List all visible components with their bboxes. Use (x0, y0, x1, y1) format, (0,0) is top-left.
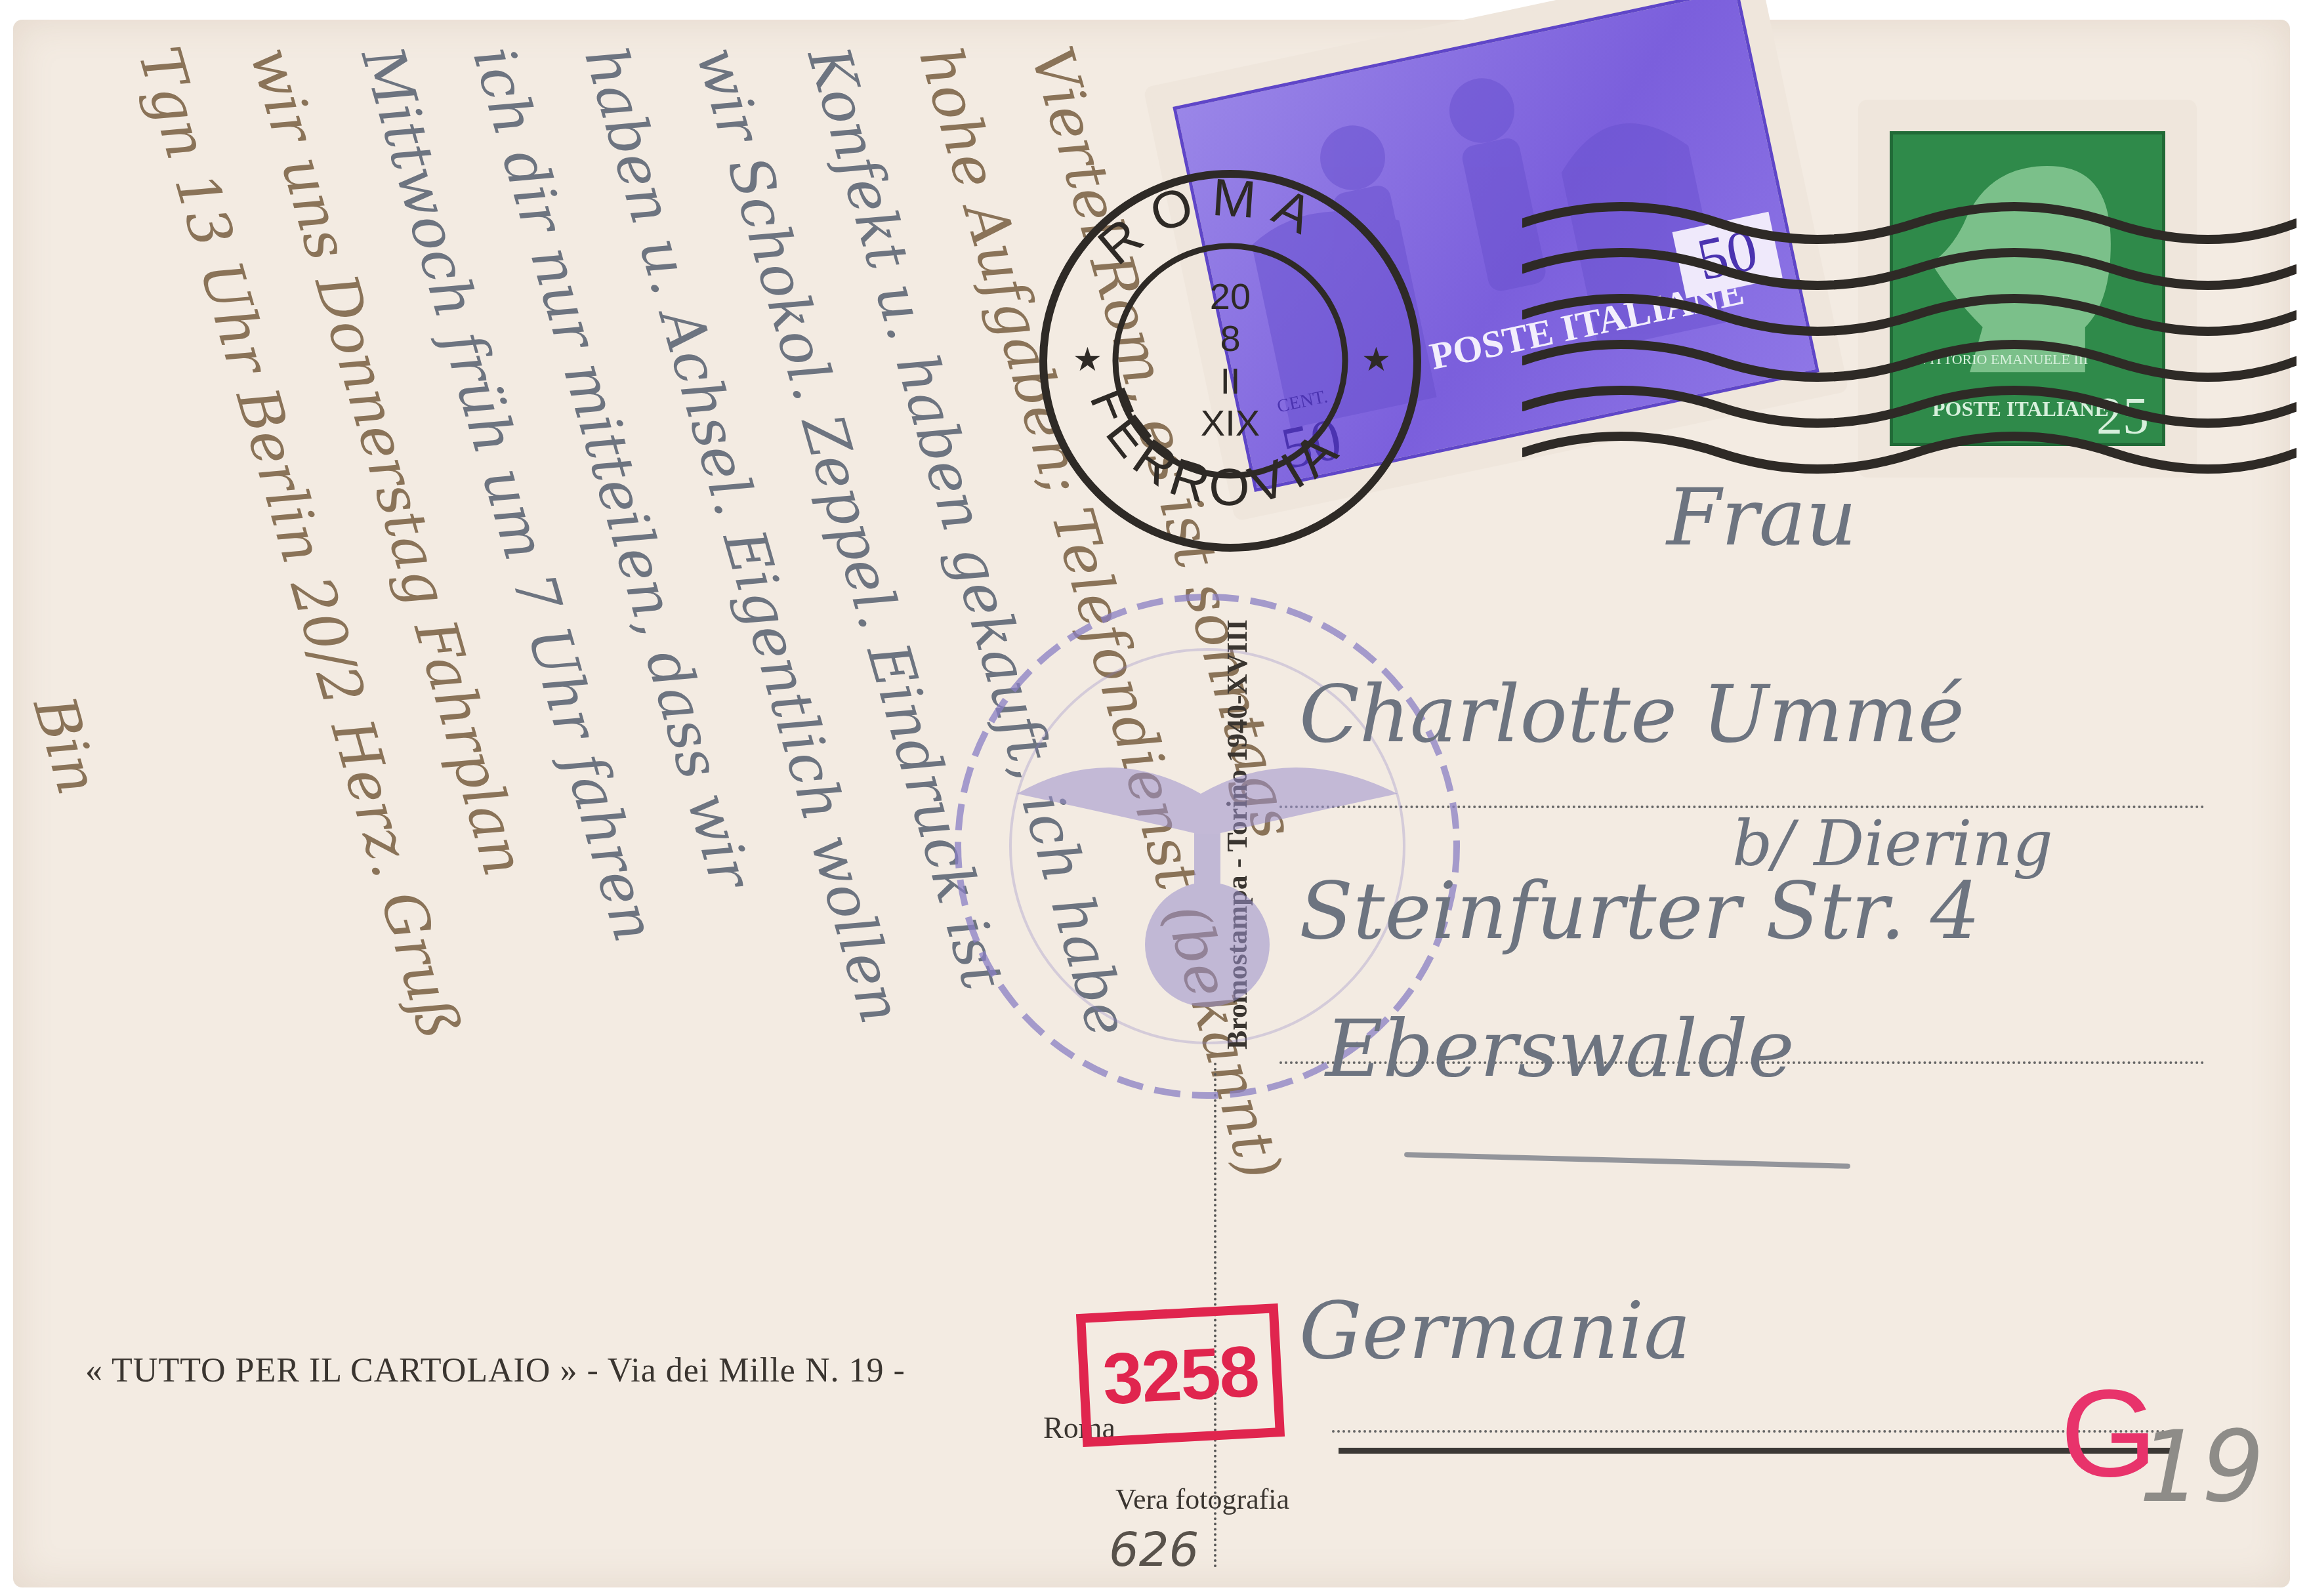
pencil-note: 19 (2139, 1410, 2264, 1524)
svg-text:ROMA: ROMA (1087, 168, 1335, 276)
star-icon: ★ (1361, 340, 1391, 379)
postmark-year: XIX (1191, 402, 1270, 444)
postmark-day: 20 (1191, 276, 1270, 317)
star-icon: ★ (1073, 340, 1102, 379)
address-street: Steinfurter Str. 4 (1299, 866, 1980, 957)
postmark-month: II (1191, 360, 1270, 402)
address-baseline (1339, 1448, 2172, 1454)
inventory-note: 626 (1109, 1522, 1199, 1577)
censor-number-box: 3258 (1076, 1303, 1285, 1447)
postmark-roma-ferrovia: ROMA FERROVIA ★ ★ 20 8 II XIX (1033, 164, 1427, 558)
postmark-hour: 8 (1191, 317, 1270, 359)
wavy-cancellation (1522, 164, 2297, 492)
address-salutation: Frau (1667, 472, 1856, 563)
address-line (1332, 1430, 2165, 1433)
postmark-date: 20 8 II XIX (1191, 276, 1270, 445)
address-country: Germania (1299, 1286, 1691, 1377)
address-city: Eberswalde (1325, 1004, 1795, 1095)
photo-note: Vera fotografia (1115, 1483, 1289, 1516)
address-name: Charlotte Ummé (1299, 669, 1964, 760)
publisher-imprint: « TUTTO PER IL CARTOLAIO » - Via dei Mil… (85, 1351, 905, 1390)
